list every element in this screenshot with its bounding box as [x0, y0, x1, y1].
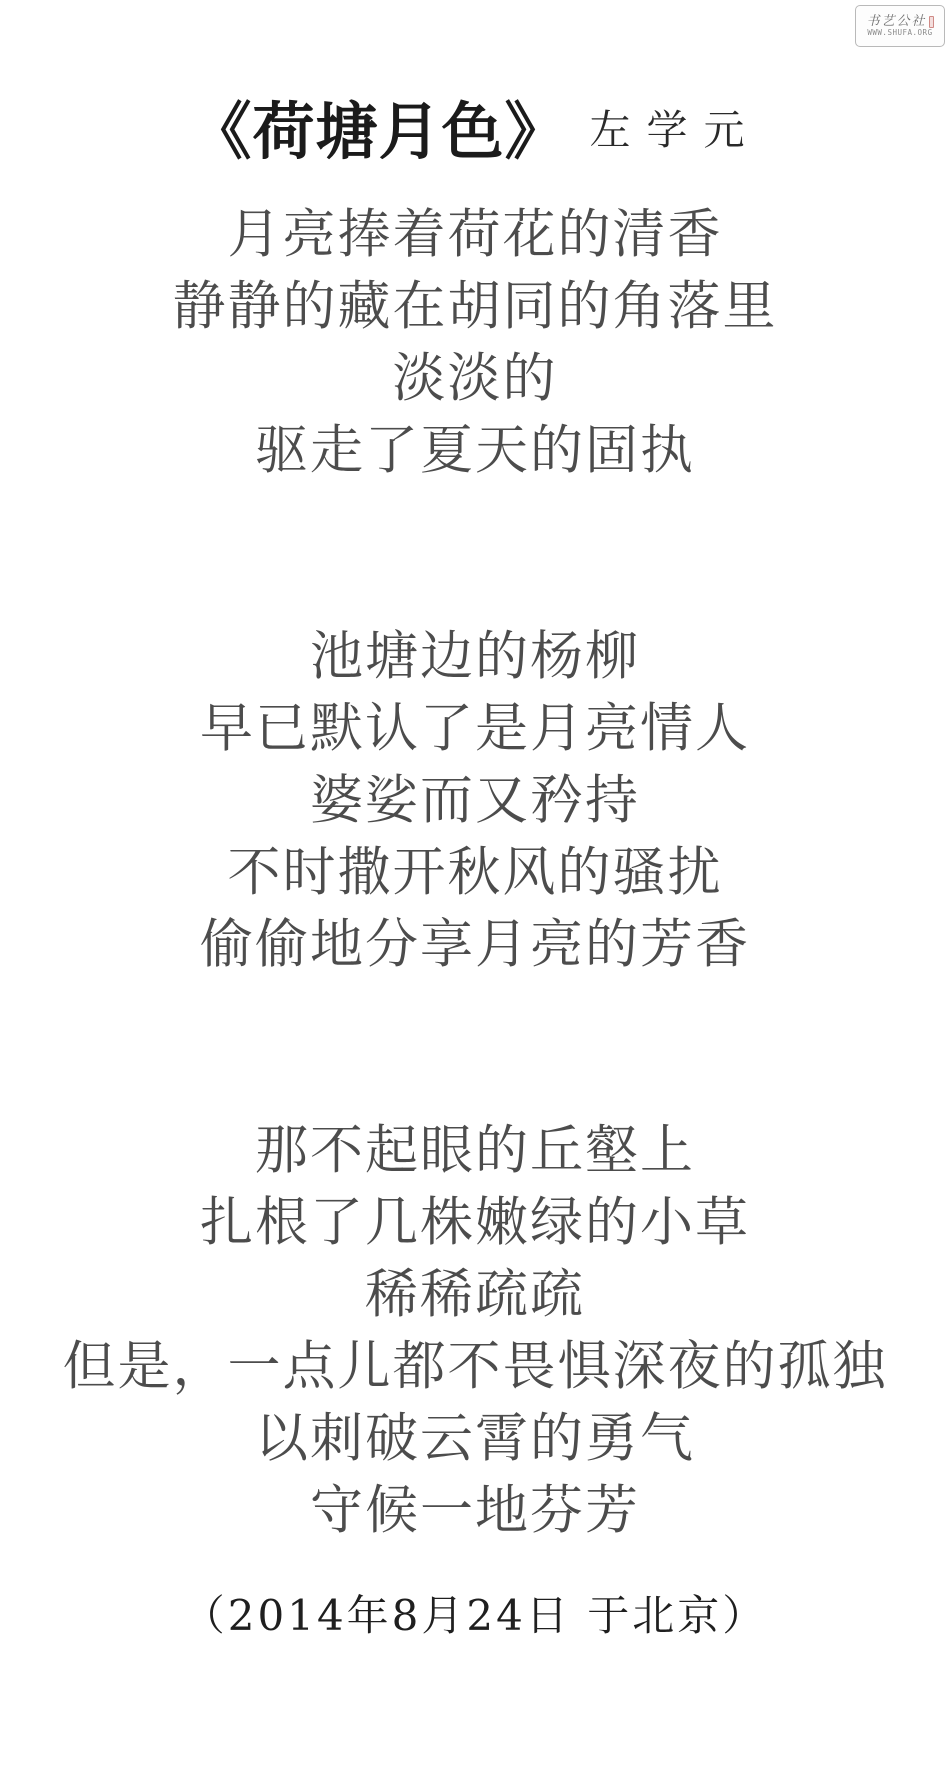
poem-line: 稀稀疏疏 [0, 1259, 950, 1331]
stanza-1: 月亮捧着荷花的清香 静静的藏在胡同的角落里 淡淡的 驱走了夏天的固执 [0, 199, 950, 487]
watermark-site-url: WWW.SHUFA.ORG [867, 29, 932, 37]
poem-line: 驱走了夏天的固执 [0, 415, 950, 487]
poem-title: 《荷塘月色》 [189, 95, 567, 168]
stanza-2: 池塘边的杨柳 早已默认了是月亮情人 婆娑而又矜持 不时撒开秋风的骚扰 偷偷地分享… [0, 621, 950, 981]
poem-line: 月亮捧着荷花的清香 [0, 199, 950, 271]
watermark-brand-calligraphy: 书艺公社 [866, 15, 926, 28]
poem-line: 偷偷地分享月亮的芳香 [0, 909, 950, 981]
watermark-brand-row: 书艺公社 [866, 15, 933, 28]
poem-line: 但是，一点儿都不畏惧深夜的孤独 [0, 1331, 950, 1403]
stanza-3: 那不起眼的丘壑上 扎根了几株嫩绿的小草 稀稀疏疏 但是，一点儿都不畏惧深夜的孤独… [0, 1115, 950, 1547]
poem-line: 不时撒开秋风的骚扰 [0, 837, 950, 909]
poem-line: 守候一地芬芳 [0, 1475, 950, 1547]
poem-author: 左学元 [590, 106, 761, 154]
poem-body: 月亮捧着荷花的清香 静静的藏在胡同的角落里 淡淡的 驱走了夏天的固执 池塘边的杨… [0, 199, 950, 1547]
date-note: （2014年8月24日 于北京） [0, 1583, 950, 1643]
watermark-seal-icon [929, 16, 934, 28]
title-row: 《荷塘月色》左学元 [0, 82, 950, 171]
shufa-watermark-badge: 书艺公社 WWW.SHUFA.ORG [855, 5, 945, 47]
poem-line: 以刺破云霄的勇气 [0, 1403, 950, 1475]
poem-line: 婆娑而又矜持 [0, 765, 950, 837]
poem-line: 那不起眼的丘壑上 [0, 1115, 950, 1187]
poem-line: 淡淡的 [0, 343, 950, 415]
poem-line: 池塘边的杨柳 [0, 621, 950, 693]
poem-line: 静静的藏在胡同的角落里 [0, 271, 950, 343]
poem-line: 早已默认了是月亮情人 [0, 693, 950, 765]
poem-line: 扎根了几株嫩绿的小草 [0, 1187, 950, 1259]
